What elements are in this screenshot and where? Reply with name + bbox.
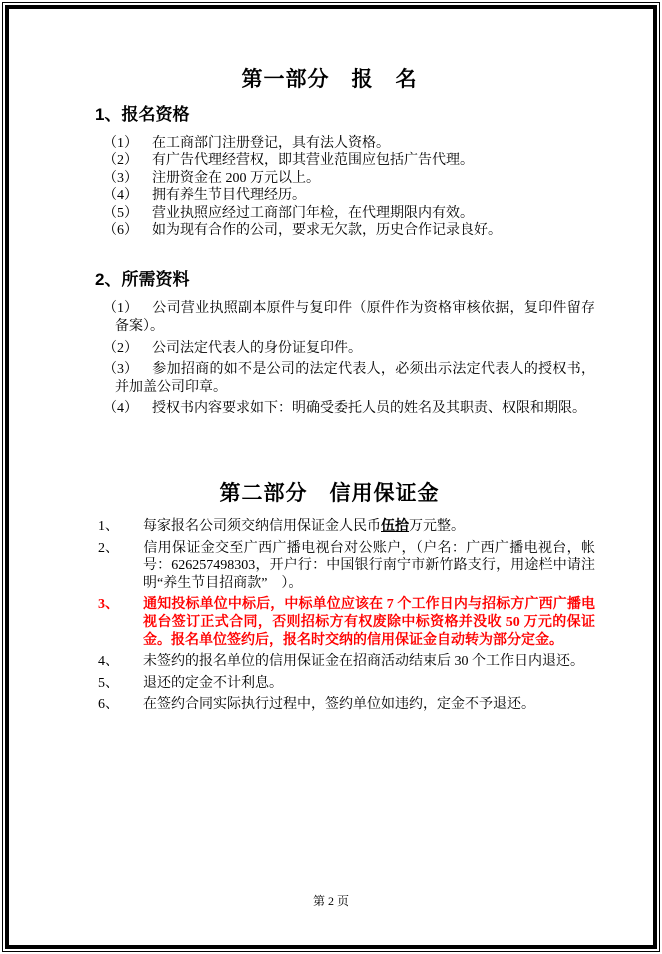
list-marker: （3） <box>103 170 152 187</box>
list-text: 未签约的报名单位的信用保证金在招商活动结束后 30 个工作日内退还。 <box>143 654 584 669</box>
list-item: （2）公司法定代表人的身份证复印件。 <box>64 340 595 358</box>
list-text: 注册资金在 200 万元以上。 <box>152 171 320 186</box>
list-item: （1）在工商部门注册登记，具有法人资格。 <box>64 135 595 152</box>
list-text: 每家报名公司须交纳信用保证金人民币 <box>143 519 381 534</box>
list-item: （3）参加招商的如不是公司的法定代表人，必须出示法定代表人的授权书，并加盖公司印… <box>64 361 595 396</box>
list-marker: 6、 <box>98 696 143 714</box>
part2-title: 第二部分 信用保证金 <box>64 480 595 506</box>
document-page: 第一部分 报 名 1、报名资格 （1）在工商部门注册登记，具有法人资格。 （2）… <box>0 0 662 954</box>
deposit-amount-emphasis: 伍拾 <box>381 519 409 534</box>
document-body: 第一部分 报 名 1、报名资格 （1）在工商部门注册登记，具有法人资格。 （2）… <box>9 66 653 714</box>
section2-heading: 2、所需资料 <box>95 270 595 290</box>
list-item: （5）营业执照应经过工商部门年检，在代理期限内有效。 <box>64 205 595 222</box>
list-marker: 5、 <box>98 675 143 693</box>
list-item: （1）公司营业执照副本原件与复印件（原件作为资格审核依据，复印件留存备案）。 <box>64 300 595 335</box>
list-text: 万元整。 <box>409 519 465 534</box>
list-marker: （2） <box>103 152 152 169</box>
list-marker: 1、 <box>98 518 143 536</box>
section2-list: （1）公司营业执照副本原件与复印件（原件作为资格审核依据，复印件留存备案）。 （… <box>64 300 595 418</box>
list-text: 有广告代理经营权，即其营业范围应包括广告代理。 <box>152 153 474 168</box>
part2-list: 1、每家报名公司须交纳信用保证金人民币伍拾万元整。 2、信用保证金交至广西广播电… <box>64 518 595 714</box>
list-item: 5、退还的定金不计利息。 <box>64 675 595 693</box>
list-marker: 3、 <box>98 596 143 614</box>
list-text: 拥有养生节目代理经历。 <box>152 188 306 203</box>
list-marker: （2） <box>103 340 152 358</box>
list-marker: 4、 <box>98 653 143 671</box>
list-item: （6）如为现有合作的公司，要求无欠款，历史合作记录良好。 <box>64 222 595 239</box>
section1-list: （1）在工商部门注册登记，具有法人资格。 （2）有广告代理经营权，即其营业范围应… <box>64 135 595 239</box>
list-text: 公司法定代表人的身份证复印件。 <box>152 341 362 356</box>
part1-title: 第一部分 报 名 <box>64 66 595 92</box>
list-text: 在工商部门注册登记，具有法人资格。 <box>152 136 390 151</box>
list-marker: 2、 <box>98 540 143 558</box>
list-item: （2）有广告代理经营权，即其营业范围应包括广告代理。 <box>64 152 595 169</box>
list-marker: （6） <box>103 222 152 239</box>
list-item: 2、信用保证金交至广西广播电视台对公账户，（户名：广西广播电视台，帐号：6262… <box>64 540 595 593</box>
list-item: 4、未签约的报名单位的信用保证金在招商活动结束后 30 个工作日内退还。 <box>64 653 595 671</box>
list-text: 在签约合同实际执行过程中，签约单位如违约，定金不予退还。 <box>143 697 535 712</box>
section1-heading: 1、报名资格 <box>95 105 595 125</box>
list-marker: （5） <box>103 205 152 222</box>
list-item: （4）授权书内容要求如下：明确受委托人员的姓名及其职责、权限和期限。 <box>64 400 595 418</box>
list-marker: （1） <box>103 300 152 318</box>
list-marker: （4） <box>103 400 152 418</box>
list-text: 如为现有合作的公司，要求无欠款，历史合作记录良好。 <box>152 223 502 238</box>
list-item: 1、每家报名公司须交纳信用保证金人民币伍拾万元整。 <box>64 518 595 536</box>
list-item: （3）注册资金在 200 万元以上。 <box>64 170 595 187</box>
list-text: 退还的定金不计利息。 <box>143 676 283 691</box>
footer-page-number: 第 2 页 <box>9 894 653 909</box>
list-marker: （3） <box>103 361 152 379</box>
list-item: （4）拥有养生节目代理经历。 <box>64 187 595 204</box>
list-text: 信用保证金交至广西广播电视台对公账户，（户名：广西广播电视台，帐号：626257… <box>143 541 595 591</box>
list-marker: （1） <box>103 135 152 152</box>
list-text: 参加招商的如不是公司的法定代表人，必须出示法定代表人的授权书，并加盖公司印章。 <box>115 362 595 395</box>
list-item: 6、在签约合同实际执行过程中，签约单位如违约，定金不予退还。 <box>64 696 595 714</box>
list-text: 营业执照应经过工商部门年检，在代理期限内有效。 <box>152 206 474 221</box>
list-marker: （4） <box>103 187 152 204</box>
list-text: 授权书内容要求如下：明确受委托人员的姓名及其职责、权限和期限。 <box>152 401 586 416</box>
list-text: 公司营业执照副本原件与复印件（原件作为资格审核依据，复印件留存备案）。 <box>115 301 595 334</box>
page-content: 第一部分 报 名 1、报名资格 （1）在工商部门注册登记，具有法人资格。 （2）… <box>9 9 653 945</box>
list-text: 通知投标单位中标后，中标单位应该在 7 个工作日内与招标方广西广播电视台签订正式… <box>143 597 595 647</box>
list-item-highlighted: 3、通知投标单位中标后，中标单位应该在 7 个工作日内与招标方广西广播电视台签订… <box>64 596 595 649</box>
